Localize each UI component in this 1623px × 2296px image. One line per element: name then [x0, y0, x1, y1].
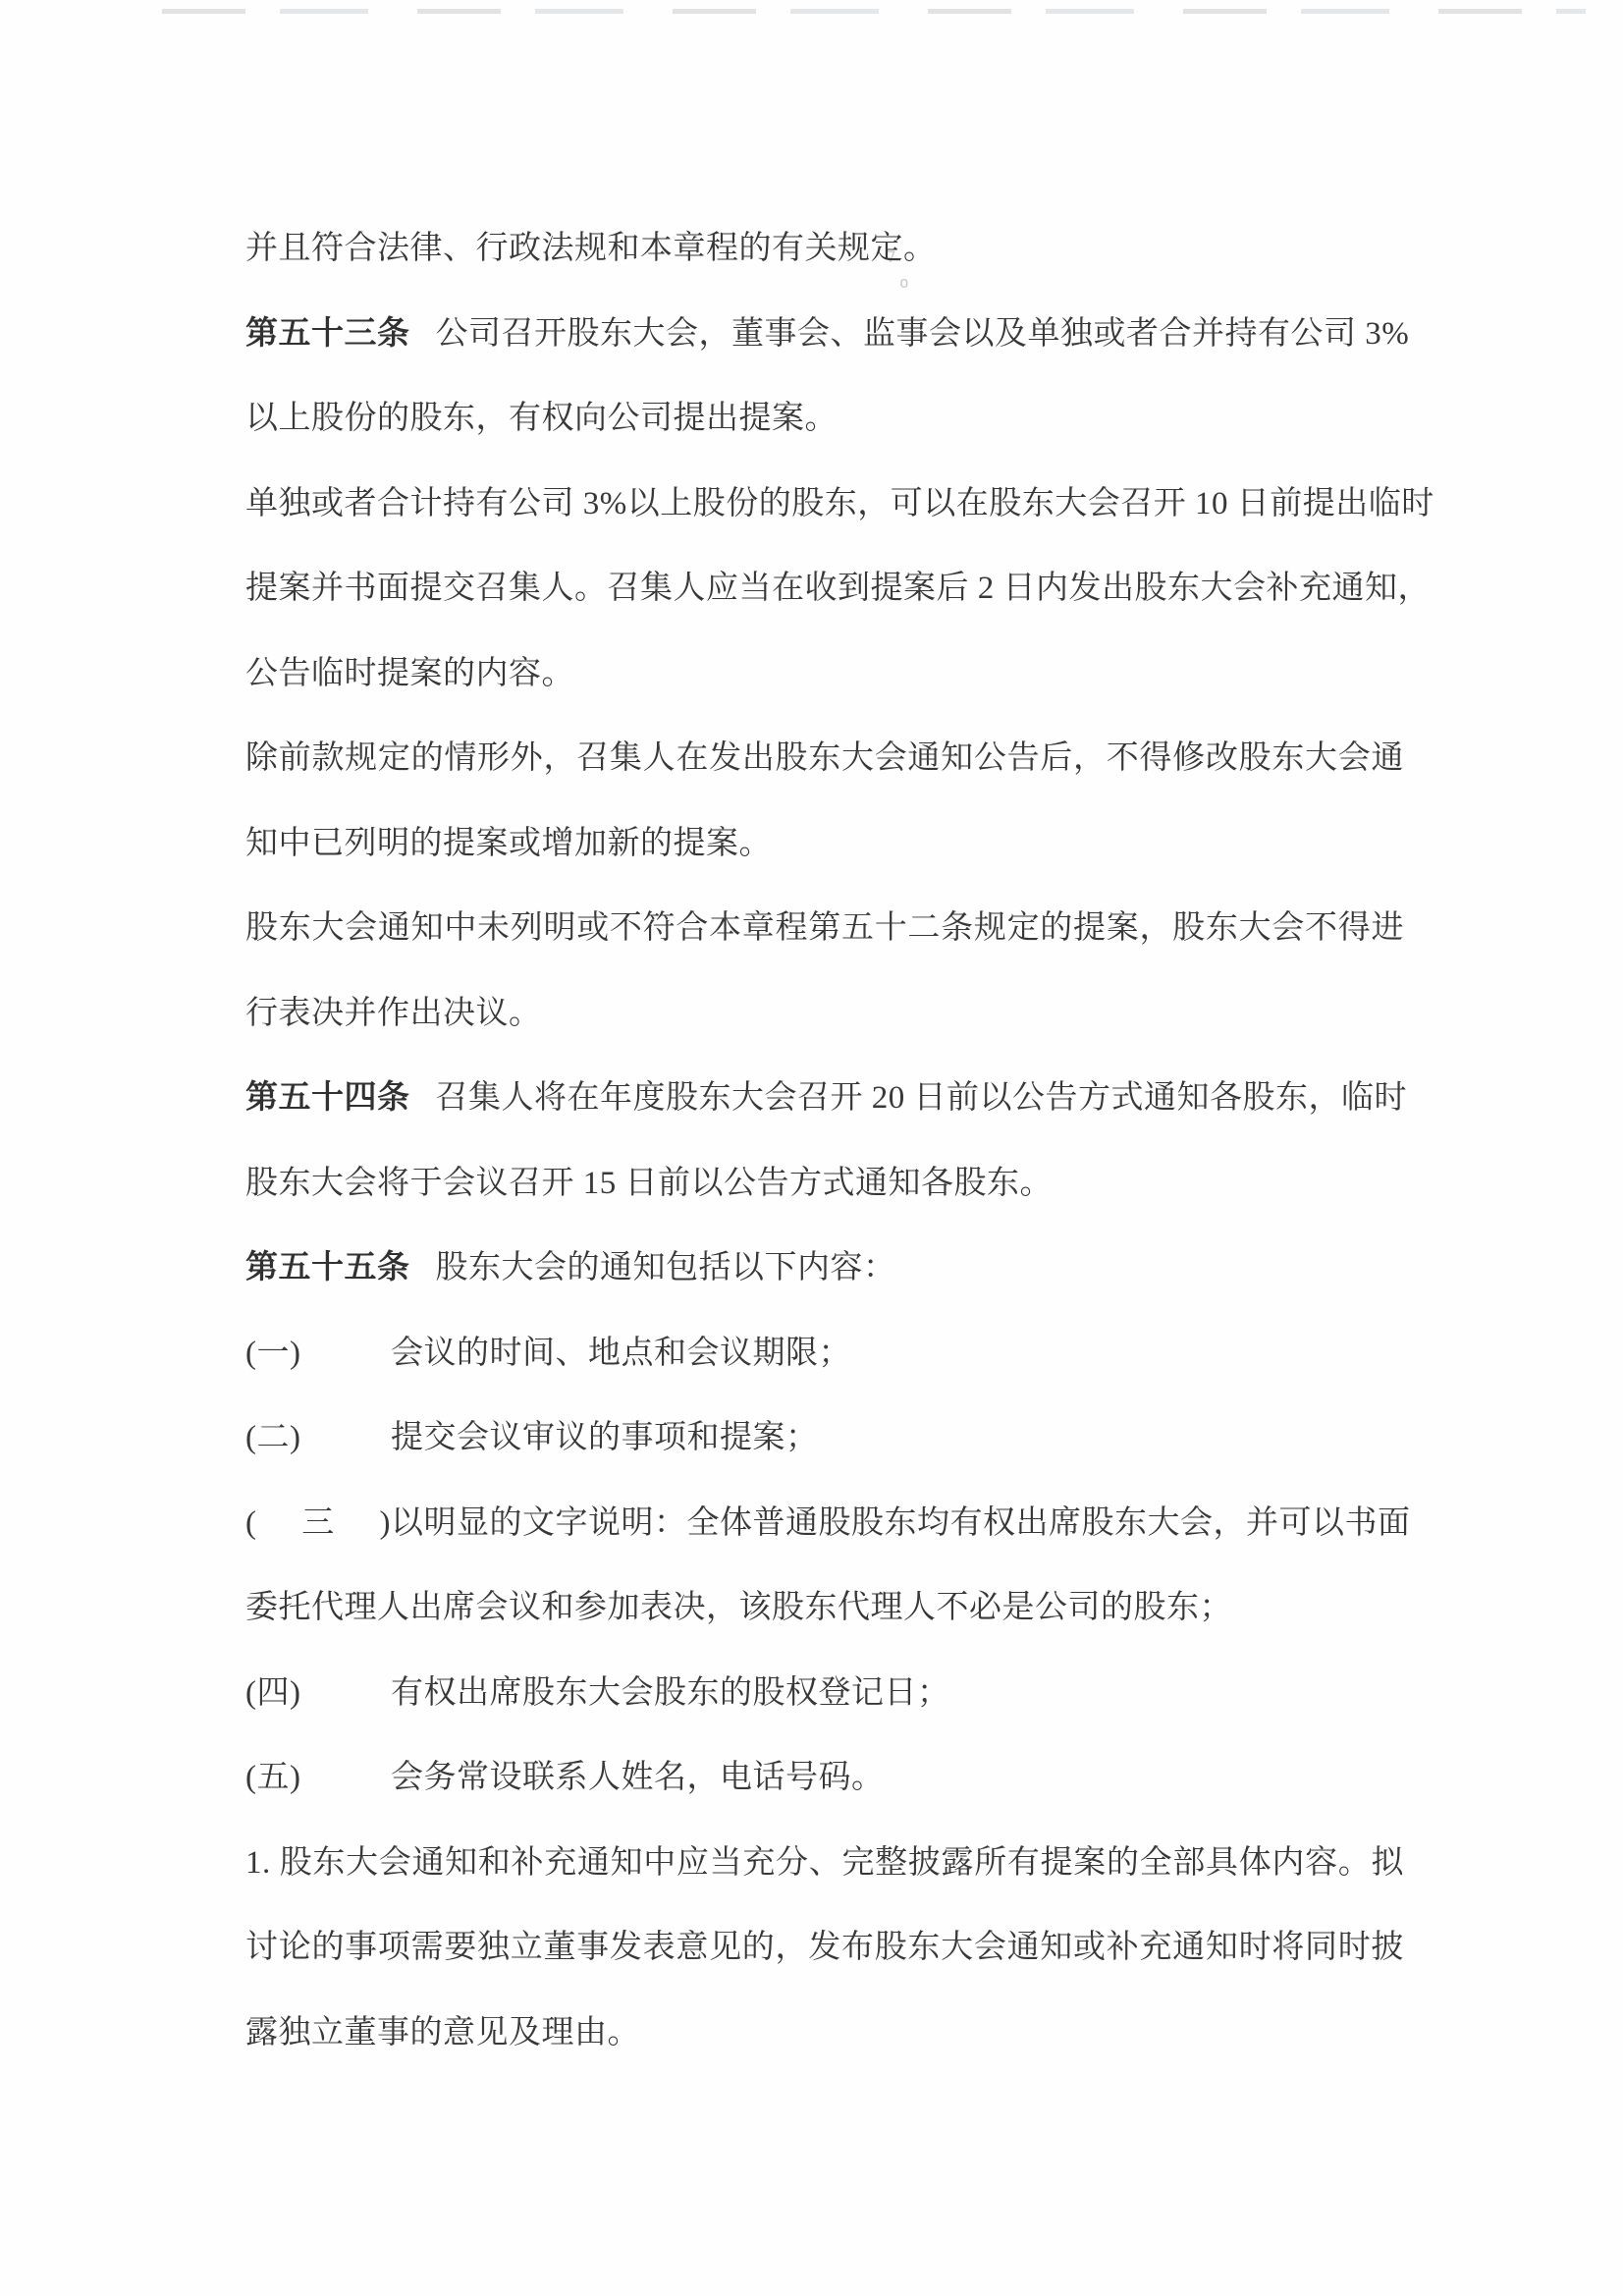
text-line: 除前款规定的情形外，召集人在发出股东大会通知公告后，不得修改股东大会通 [245, 716, 1404, 801]
item-text: 会务常设联系人姓名，电话号码。 [391, 1760, 885, 1795]
text-line: 提案并书面提交召集人。召集人应当在收到提案后 2 日内发出股东大会补充通知， [245, 546, 1404, 631]
item-number: (五) [245, 1735, 391, 1821]
item-text: 提交会议审议的事项和提案； [391, 1420, 819, 1455]
item-text: 有权出席股东大会股东的股权登记日； [391, 1675, 950, 1711]
item-text: 以明显的文字说明：全体普通股股东均有权出席股东大会，并可以书面 [391, 1505, 1411, 1541]
item-number: (四) [245, 1651, 391, 1736]
text-line: 股东大会通知中未列明或不符合本章程第五十二条规定的提案，股东大会不得进 [245, 886, 1404, 971]
article-text: 召集人将在年度股东大会召开 20 日前以公告方式通知各股东，临时 [436, 1080, 1408, 1116]
text-line: 股东大会将于会议召开 15 日前以公告方式通知各股东。 [245, 1141, 1404, 1227]
text-line: 并且符合法律、行政法规和本章程的有关规定。 [245, 206, 1404, 292]
text-line-article-55: 第五十五条股东大会的通知包括以下内容： [245, 1226, 1404, 1311]
text-line: 以上股份的股东，有权向公司提出提案。 [245, 376, 1404, 462]
text-line-item-4: (四)有权出席股东大会股东的股权登记日； [245, 1651, 1404, 1736]
text-line: 公告临时提案的内容。 [245, 631, 1404, 717]
article-text: 公司召开股东大会，董事会、监事会以及单独或者合并持有公司 3% [436, 316, 1410, 352]
article-number: 第五十四条 [245, 1080, 410, 1116]
text-line-article-53: 第五十三条公司召开股东大会，董事会、监事会以及单独或者合并持有公司 3% [245, 292, 1404, 377]
text-line-item-2: (二)提交会议审议的事项和提案； [245, 1395, 1404, 1481]
text-line: 讨论的事项需要独立董事发表意见的，发布股东大会通知或补充通知时将同时披 [245, 1905, 1404, 1991]
text-line: 1. 股东大会通知和补充通知中应当充分、完整披露所有提案的全部具体内容。拟 [245, 1821, 1404, 1906]
text-line-article-54: 第五十四条召集人将在年度股东大会召开 20 日前以公告方式通知各股东，临时 [245, 1056, 1404, 1141]
text-line-item-1: (一)会议的时间、地点和会议期限； [245, 1311, 1404, 1396]
text-line: 单独或者合计持有公司 3%以上股份的股东，可以在股东大会召开 10 日前提出临时 [245, 462, 1404, 547]
text-line: 行表决并作出决议。 [245, 971, 1404, 1057]
text-line: 委托代理人出席会议和参加表决，该股东代理人不必是公司的股东； [245, 1565, 1404, 1651]
text-line-item-3: (三)以明显的文字说明：全体普通股股东均有权出席股东大会，并可以书面 [245, 1481, 1404, 1566]
article-number: 第五十五条 [245, 1250, 410, 1285]
document-text-block: 并且符合法律、行政法规和本章程的有关规定。 第五十三条公司召开股东大会，董事会、… [245, 206, 1404, 2075]
item-number: (三) [245, 1481, 391, 1566]
item-number: (一) [245, 1311, 391, 1396]
scanner-edge-artifact [162, 9, 1586, 14]
document-page: 7 o 并且符合法律、行政法规和本章程的有关规定。 第五十三条公司召开股东大会，… [0, 0, 1623, 2296]
text-line: 知中已列明的提案或增加新的提案。 [245, 801, 1404, 887]
text-line: 露独立董事的意见及理由。 [245, 1991, 1404, 2076]
item-text: 会议的时间、地点和会议期限； [391, 1336, 851, 1371]
item-number: (二) [245, 1395, 391, 1481]
article-number: 第五十三条 [245, 316, 410, 352]
text-line-item-5: (五)会务常设联系人姓名，电话号码。 [245, 1735, 1404, 1821]
article-text: 股东大会的通知包括以下内容： [436, 1250, 896, 1285]
